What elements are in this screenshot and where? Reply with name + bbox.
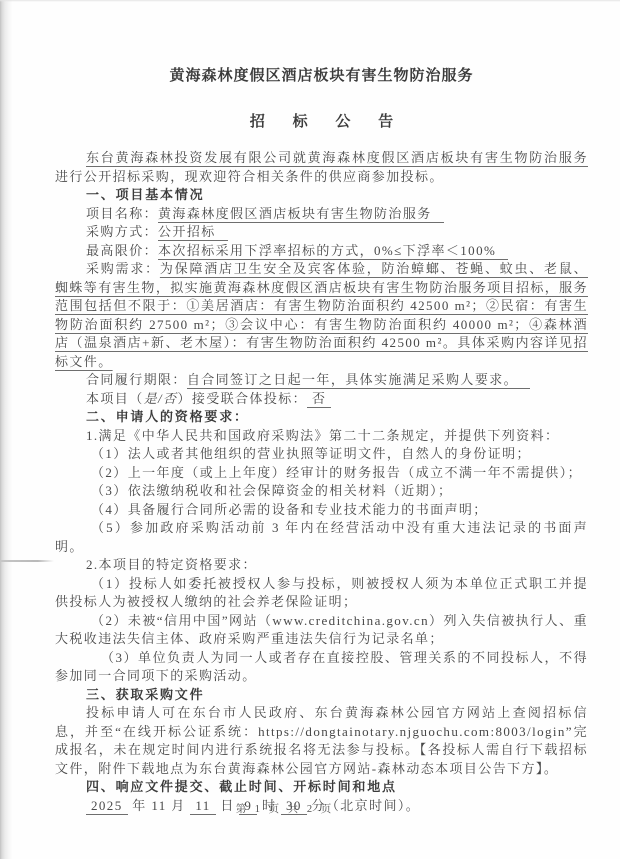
section4-heading: 四、响应文件提交、截止时间、开标时间和地点	[55, 778, 588, 797]
field-value: 公开招标	[158, 224, 228, 241]
field-project-name: 项目名称：黄海森林度假区酒店板块有害生物防治服务	[55, 205, 588, 224]
document-title: 黄海森林度假区酒店板块有害生物防治服务	[55, 66, 588, 86]
intro-rest-text: 进行公开招标采购，现欢迎符合相关条件的供应商参加投标。	[55, 169, 444, 184]
joint-bid-options: 是/否	[144, 391, 178, 406]
obtain-documents-paragraph: 投标申请人可在东台市人民政府、东台黄海森林公园官方网站上查阅招标信息，并至“在线…	[55, 704, 588, 778]
field-procurement-method: 采购方式：公开招标	[55, 223, 588, 242]
field-label: 采购需求：	[86, 261, 160, 276]
scan-edge-artifact	[0, 0, 13, 859]
field-max-price: 最高限价：本次招标采用下浮率招标的方式，0%≤下浮率＜100%	[55, 242, 588, 261]
specific-qualification-sub-item: （1）投标人如委托被授权人参与投标，则被授权人须为本单位正式职工并提供投标人为被…	[55, 575, 588, 612]
field-value: 本次招标采用下浮率招标的方式，0%≤下浮率＜100%	[158, 243, 508, 260]
section1-heading: 一、项目基本情况	[55, 186, 588, 205]
document-page: 黄海森林度假区酒店板块有害生物防治服务 招 标 公 告 东台黄海森林投资发展有限…	[0, 0, 620, 859]
field-label: 项目名称：	[86, 206, 158, 221]
scan-top-artifact	[0, 0, 620, 2]
qualification-sub-item: （1）法人或者其他组织的营业执照等证明文件，自然人的身份证明；	[55, 445, 588, 464]
joint-bid-answer: 否	[307, 391, 331, 408]
field-contract-period: 合同履行期限：自合同签订之日起一年，具体实施满足采购人要求。	[55, 371, 588, 390]
field-value: 黄海森林度假区酒店板块有害生物防治服务	[158, 206, 444, 223]
field-label: 采购方式：	[86, 224, 158, 239]
announcement-heading: 招 标 公 告	[55, 112, 588, 132]
section3-heading: 三、获取采购文件	[55, 686, 588, 705]
joint-bid-prefix: 本项目（	[86, 391, 144, 406]
field-value: 自合同签订之日起一年，具体实施满足采购人要求。	[187, 372, 530, 389]
intro-paragraph: 东台黄海森林投资发展有限公司就黄海森林度假区酒店板块有害生物防治服务进行公开招标…	[55, 149, 588, 186]
joint-bid-middle: ）接受联合体投标：	[177, 391, 307, 406]
scan-line-artifact	[0, 560, 54, 562]
section2-heading: 二、申请人的资格要求：	[55, 408, 588, 427]
field-procurement-demand: 采购需求：为保障酒店卫生安全及宾客体验，防治蟑螂、苍蝇、蚊虫、老鼠、蜘蛛等有害生…	[55, 260, 588, 371]
qualification-sub-item: （3）依法缴纳税收和社会保障资金的相关材料（近期）；	[55, 482, 588, 501]
joint-bid-line: 本项目（是/否）接受联合体投标：否	[55, 390, 588, 409]
field-value: 为保障酒店卫生安全及宾客体验，防治蟑螂、苍蝇、蚊虫、老鼠、蜘蛛等有害生物，拟实施…	[55, 261, 588, 369]
qualification-sub-item: （2）上一年度（或上上年度）经审计的财务报告（成立不满一年不需提供）；	[55, 464, 588, 483]
qualification-item-2: 2.本项目的特定资格要求：	[55, 556, 588, 575]
field-label: 最高限价：	[86, 243, 158, 258]
specific-qualification-sub-item: （2）未被“信用中国”网站（www.creditchina.gov.cn）列入失…	[55, 612, 588, 649]
qualification-sub-item: （5）参加政府采购活动前 3 年内在经营活动中没有重大违法记录的书面声明。	[55, 519, 588, 556]
specific-qualification-sub-item: （3）单位负责人为同一人或者存在直接控股、管理关系的不同投标人，不得参加同一合同…	[55, 649, 588, 686]
qualification-item-1: 1.满足《中华人民共和国政府采购法》第二十二条规定，并提供下列资料：	[55, 427, 588, 446]
field-label: 合同履行期限：	[86, 372, 187, 387]
qualification-sub-item: （4）具备履行合同所必需的设备和专业技术能力的书面声明；	[55, 501, 588, 520]
page-number-footer: 第 1 页 共 2 页	[0, 801, 595, 816]
intro-underlined-text: 东台黄海森林投资发展有限公司就黄海森林度假区酒店板块有害生物防治服务	[86, 150, 588, 165]
